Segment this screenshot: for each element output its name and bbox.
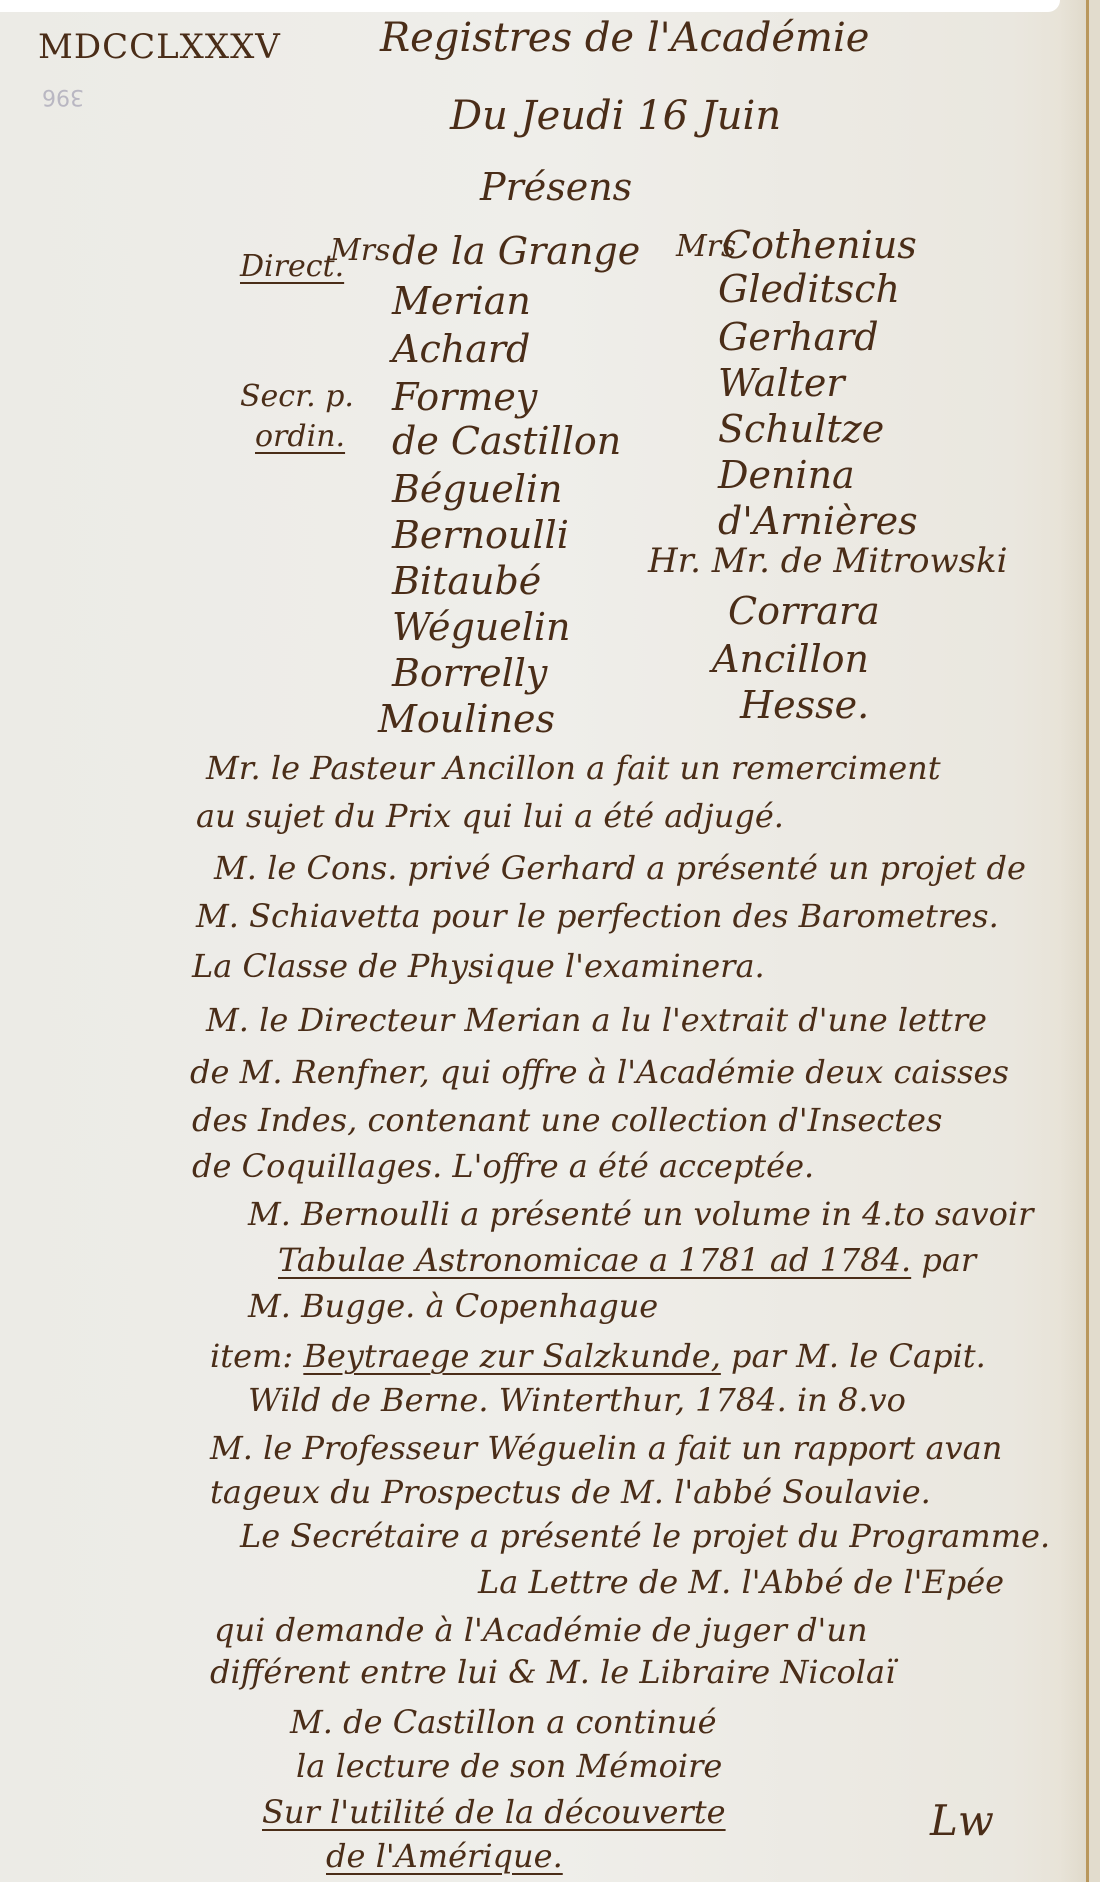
minutes-line: des Indes, contenant une collection d'In… [192,1104,942,1136]
minutes-line: Wild de Berne. Winterthur, 1784. in 8.vo [248,1384,906,1416]
memoir-title: de l'Amérique. [326,1840,563,1872]
minutes-line: tageux du Prospectus de M. l'abbé Soulav… [210,1476,931,1508]
attendee: Béguelin [392,470,562,508]
attendee: Hesse. [740,686,869,724]
minutes-line: M. le Professeur Wéguelin a fait un rapp… [210,1432,1002,1464]
attendee: Bernoulli [392,516,569,554]
attendee: d'Arnières [718,502,918,540]
attendee: Bitaubé [392,562,541,600]
minutes-line: La Lettre de M. l'Abbé de l'Epée [478,1566,1004,1598]
attendee: de la Grange [392,232,640,270]
attendee: Formey [392,378,537,416]
attendee: Wéguelin [392,608,571,646]
left-prefix: Mrs [330,236,390,266]
attendee: Denina [718,456,855,494]
attendee: Moulines [378,700,555,738]
minutes-line: M. Bugge. à Copenhague [248,1290,658,1322]
minutes-line: M. Schiavetta pour le perfection des Bar… [196,900,999,932]
register-heading: Registres de l'Académie [380,18,869,58]
minutes-line: qui demande à l'Académie de juger d'un [214,1614,868,1646]
minutes-line: M. le Directeur Merian a lu l'extrait d'… [206,1004,987,1036]
attendee: Gleditsch [718,270,900,308]
role-secretary: Secr. p. [240,382,354,412]
attendee: Cothenius [722,226,917,264]
minutes-line: La Classe de Physique l'examinera. [192,950,765,982]
year-roman: MDCCLXXXV [38,30,281,64]
minutes-line: Le Secrétaire a présenté le projet du Pr… [240,1520,1050,1552]
attendee: de Castillon [392,422,621,460]
minutes-line: item: Beytraege zur Salzkunde, par M. le… [210,1340,986,1372]
binding-edge [1089,0,1100,1882]
role-ordinary: ordin. [255,422,345,452]
page-top-edge [0,0,1060,12]
minutes-line: Tabulae Astronomicae a 1781 ad 1784. par [278,1244,976,1276]
memoir-title: Sur l'utilité de la découverte [262,1796,726,1828]
book-title: Tabulae Astronomicae a 1781 ad 1784. [278,1241,911,1279]
mirrored-page-number: 396 [42,84,84,109]
minutes-line: M. de Castillon a continué [290,1706,717,1738]
minutes-line: la lecture de son Mémoire [296,1750,722,1782]
minutes-line: de Coquillages. L'offre a été acceptée. [192,1150,814,1182]
role-director: Direct. [240,252,344,282]
attendee: Borrelly [392,654,547,692]
session-date: Du Jeudi 16 Juin [450,96,781,136]
minutes-line: M. le Cons. privé Gerhard a présenté un … [214,852,1026,884]
signature-initials: Lw [930,1800,994,1842]
attendee: Achard [392,330,530,368]
attendee: Ancillon [712,640,869,678]
fold-shadow [1060,0,1086,1882]
attendee: Hr. Mr. de Mitrowski [648,544,1008,578]
minutes-line: de M. Renfner, qui offre à l'Académie de… [190,1056,1009,1088]
attendee: Corrara [728,592,880,630]
minutes-line: M. Bernoulli a présenté un volume in 4.t… [248,1198,1033,1230]
attendee: Merian [392,282,531,320]
manuscript-page: 396 MDCCLXXXV Registres de l'Académie Du… [0,0,1100,1882]
minutes-line: au sujet du Prix qui lui a été adjugé. [196,800,784,832]
book-title: Beytraege zur Salzkunde, [303,1337,721,1375]
attendee: Gerhard [718,318,879,356]
minutes-line: Mr. le Pasteur Ancillon a fait un remerc… [206,752,941,784]
attendee: Schultze [718,410,884,448]
attendee: Walter [718,364,845,402]
minutes-line: différent entre lui & M. le Libraire Nic… [210,1656,895,1688]
present-label: Présens [480,168,632,206]
